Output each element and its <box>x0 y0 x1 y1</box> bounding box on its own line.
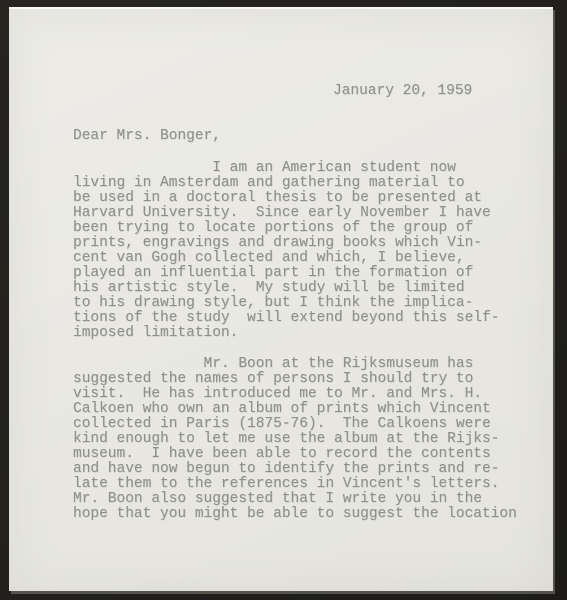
letter-paragraph-2: Mr. Boon at the Rijksmuseum has suggeste… <box>73 357 517 522</box>
letter-salutation: Dear Mrs. Bonger, <box>73 129 221 144</box>
letter-paragraph-1: I am an American student now living in A… <box>73 161 499 341</box>
letter-date: January 20, 1959 <box>333 84 472 99</box>
scanned-letter-background: { "letter": { "date": "January 20, 1959"… <box>0 0 567 600</box>
letter-paper: January 20, 1959 Dear Mrs. Bonger, I am … <box>9 7 553 591</box>
